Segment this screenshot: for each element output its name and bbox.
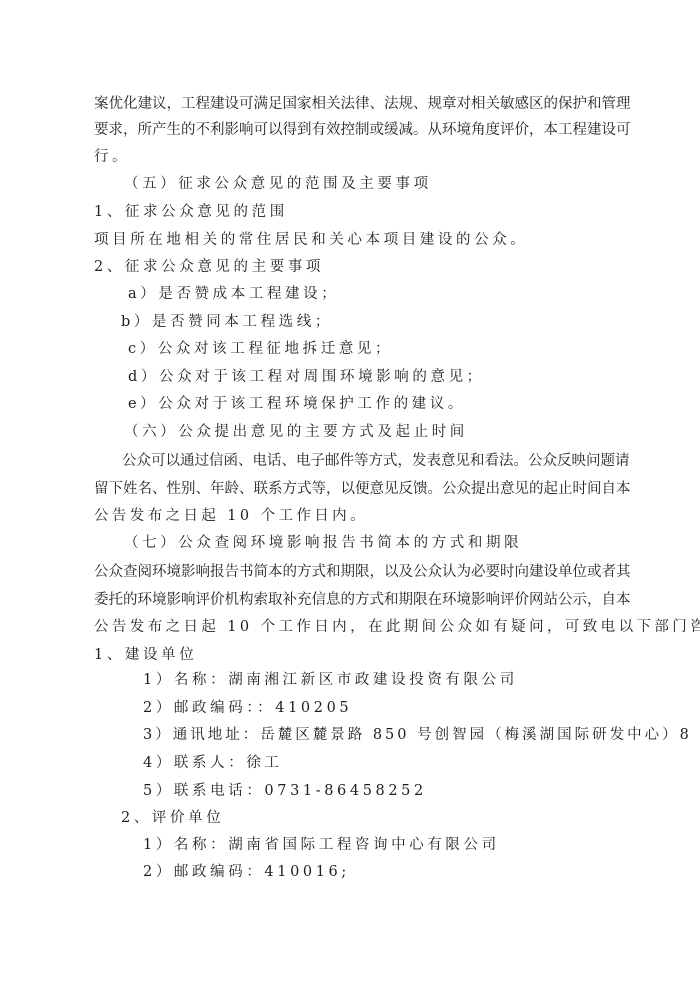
section-5-subitem-a: a）是否赞成本工程建设； xyxy=(128,284,339,304)
section-7-heading: （七）公众查阅环境影响报告书简本的方式和期限 xyxy=(124,533,522,553)
section-5-item-1-text: 项目所在地相关的常住居民和关心本项目建设的公众。 xyxy=(94,230,528,250)
section-6-line-1: 公众可以通过信函、电话、电子邮件等方式，发表意见和看法。公众反映问题请 xyxy=(122,451,617,471)
section-7-line-2: 委托的环境影响评价机构索取补充信息的方式和期限在环境影响评价网站公示，自本 xyxy=(94,590,617,610)
conclusion-line-2: 要求，所产生的不利影响可以得到有效控制或缓减。从环境角度评价，本工程建设可 xyxy=(94,120,617,140)
evaluation-unit-name: 1）名称：湖南省国际工程咨询中心有限公司 xyxy=(143,835,500,855)
section-5-subitem-c: c）公众对该工程征地拆迁意见； xyxy=(128,339,393,359)
section-7-line-1: 公众查阅环境影响报告书简本的方式和期限，以及公众认为必要时向建设单位或者其 xyxy=(94,562,617,582)
construction-unit-postcode: 2）邮政编码：：410205 xyxy=(143,698,352,718)
section-5-subitem-e: e）公众对于该工程环境保护工作的建议。 xyxy=(128,394,466,414)
section-7-line-3: 公告发布之日起 10 个工作日内，在此期间公众如有疑问，可致电以下部门咨询： xyxy=(94,617,700,637)
construction-unit-title: 1、建设单位 xyxy=(94,645,197,665)
section-5-subitem-b: b）是否赞同本工程选线； xyxy=(121,312,333,332)
construction-unit-contact: 4）联系人：徐工 xyxy=(143,753,283,773)
construction-unit-phone: 5）联系电话：0731-86458252 xyxy=(143,781,427,801)
section-6-heading: （六）公众提出意见的主要方式及起止时间 xyxy=(124,422,468,442)
evaluation-unit-postcode: 2）邮政编码：410016; xyxy=(143,862,350,882)
construction-unit-address: 3）通讯地址：岳麓区麓景路 850 号创智园（梅溪湖国际研发中心）8 号楼 xyxy=(143,725,700,745)
conclusion-line-1: 案优化建议，工程建设可满足国家相关法律、法规、规章对相关敏感区的保护和管理 xyxy=(94,94,617,114)
section-6-line-2: 留下姓名、性别、年龄、联系方式等，以便意见反馈。公众提出意见的起止时间自本 xyxy=(94,479,617,499)
construction-unit-name: 1）名称：湖南湘江新区市政建设投资有限公司 xyxy=(143,670,518,690)
conclusion-line-3: 行。 xyxy=(94,147,130,167)
section-5-heading: （五）征求公众意见的范围及主要事项 xyxy=(124,174,432,194)
section-6-line-3: 公告发布之日起 10 个工作日内。 xyxy=(94,506,368,526)
evaluation-unit-title: 2、评价单位 xyxy=(121,808,224,828)
section-5-item-1-title: 1、征求公众意见的范围 xyxy=(94,202,288,222)
section-5-item-2-title: 2、征求公众意见的主要事项 xyxy=(94,257,324,277)
section-5-subitem-d: d）公众对于该工程对周围环境影响的意见； xyxy=(128,367,485,387)
document-page: 案优化建议，工程建设可满足国家相关法律、法规、规章对相关敏感区的保护和管理 要求… xyxy=(0,0,700,989)
